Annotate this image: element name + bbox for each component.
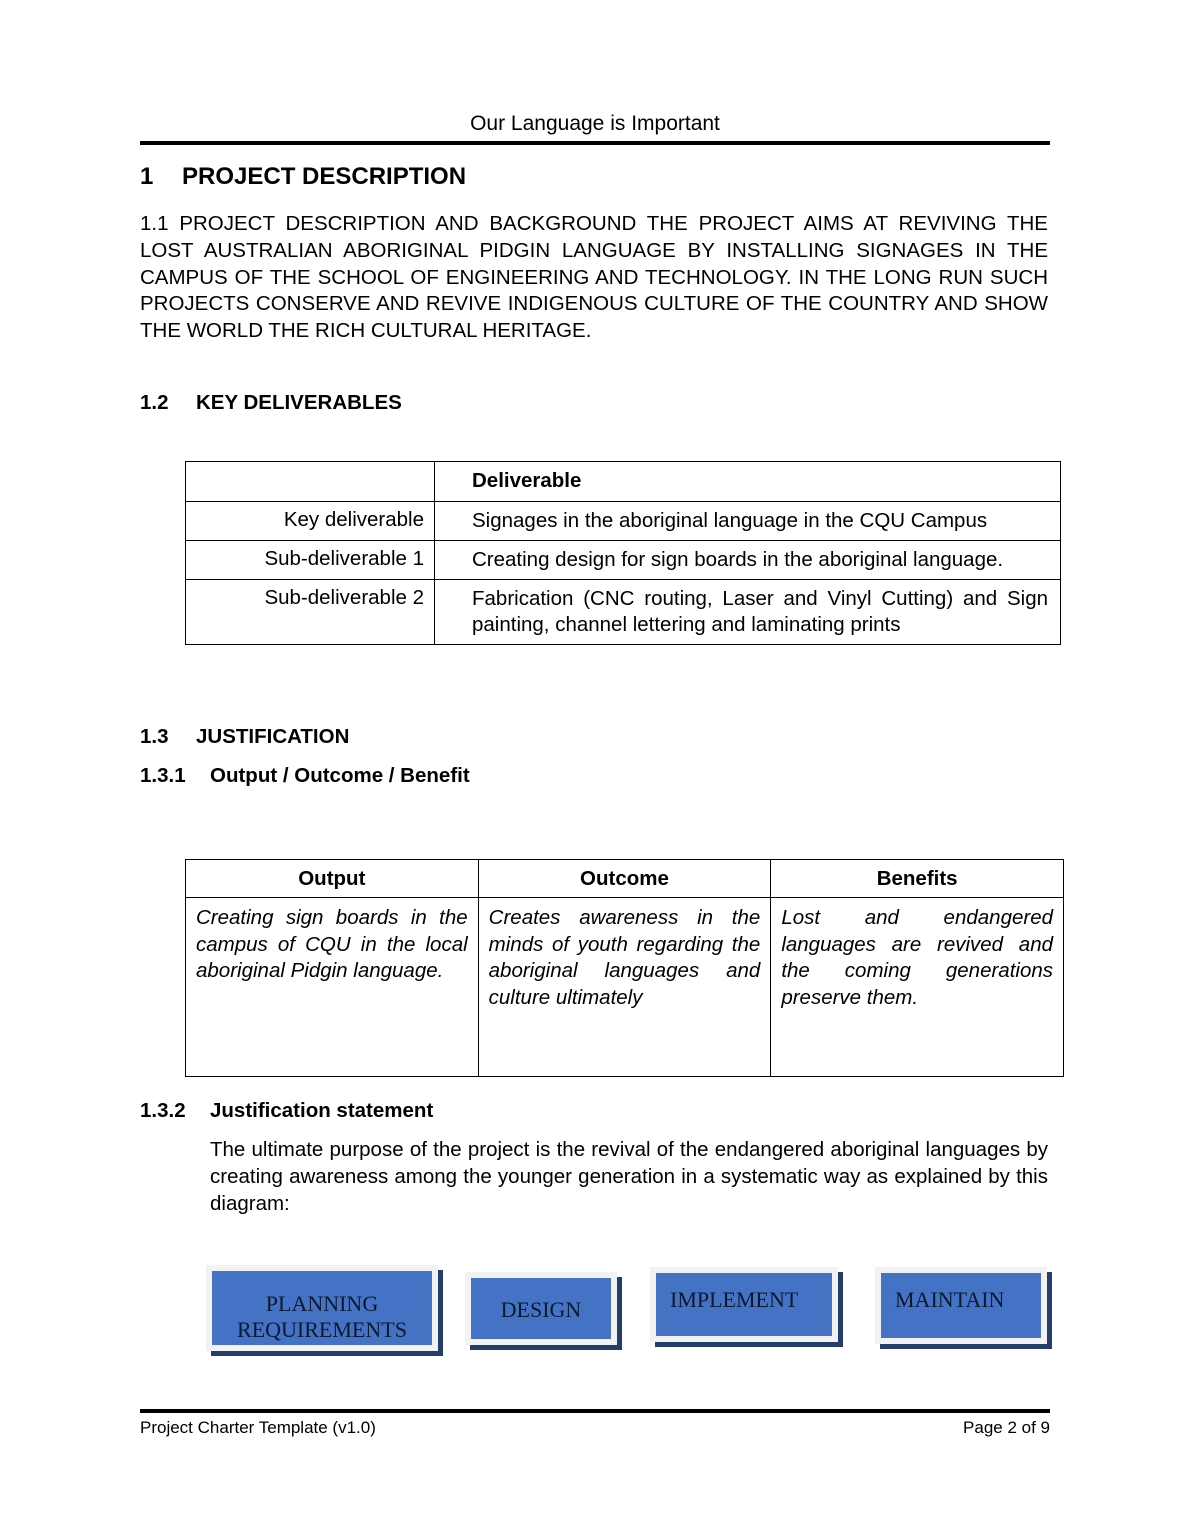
table-header-cell: Benefits [771,860,1064,898]
table-header-cell [186,462,435,502]
step-label: MAINTAIN [895,1287,1041,1313]
header-rule [140,141,1050,145]
footer-page-number: Page 2 of 9 [963,1418,1050,1438]
justification-statement-paragraph: The ultimate purpose of the project is t… [210,1137,1048,1217]
diagram-step-maintain: MAINTAIN [875,1267,1047,1344]
table-cell: Creating sign boards in the campus of CQ… [186,898,479,1077]
page-header-title: Our Language is Important [140,112,1050,136]
table-header-row: Deliverable [186,462,1061,502]
diagram-step-implement: IMPLEMENT [650,1267,838,1342]
output-outcome-benefit-table: Output Outcome Benefits Creating sign bo… [185,859,1064,1077]
table-header-row: Output Outcome Benefits [186,860,1064,898]
step-label: PLANNING [212,1291,432,1317]
justification-heading: 1.3JUSTIFICATION [140,725,349,749]
table-row: Sub-deliverable 1 Creating design for si… [186,541,1061,580]
table-header-cell: Output [186,860,479,898]
table-cell: Sub-deliverable 1 [186,541,435,580]
project-description-paragraph: 1.1 PROJECT DESCRIPTION AND BACKGROUND T… [140,211,1048,345]
step-label: IMPLEMENT [670,1287,832,1313]
section-heading: 1PROJECT DESCRIPTION [140,163,466,191]
output-outcome-benefit-heading: 1.3.1Output / Outcome / Benefit [140,764,470,788]
table-cell: Creates awareness in the minds of youth … [478,898,771,1077]
justification-statement-heading: 1.3.2Justification statement [140,1099,433,1123]
table-cell: Fabrication (CNC routing, Laser and Viny… [435,580,1061,645]
step-label: DESIGN [471,1297,611,1323]
diagram-step-planning: PLANNING REQUIREMENTS [206,1265,438,1351]
table-cell: Creating design for sign boards in the a… [435,541,1061,580]
table-cell: Signages in the aboriginal language in t… [435,502,1061,541]
diagram-step-design: DESIGN [465,1272,617,1345]
step-label: REQUIREMENTS [212,1317,432,1343]
footer-document-name: Project Charter Template (v1.0) [140,1418,376,1438]
table-cell: Key deliverable [186,502,435,541]
deliverables-table: Deliverable Key deliverable Signages in … [185,461,1061,645]
table-row: Creating sign boards in the campus of CQ… [186,898,1064,1077]
table-cell: Sub-deliverable 2 [186,580,435,645]
table-header-cell: Deliverable [435,462,1061,502]
footer-rule [140,1409,1050,1413]
table-row: Sub-deliverable 2 Fabrication (CNC routi… [186,580,1061,645]
key-deliverables-heading: 1.2KEY DELIVERABLES [140,391,402,415]
table-cell: Lost and endangered languages are revive… [771,898,1064,1077]
section-title: PROJECT DESCRIPTION [182,163,466,190]
table-header-cell: Outcome [478,860,771,898]
section-number: 1 [140,163,182,191]
table-row: Key deliverable Signages in the aborigin… [186,502,1061,541]
